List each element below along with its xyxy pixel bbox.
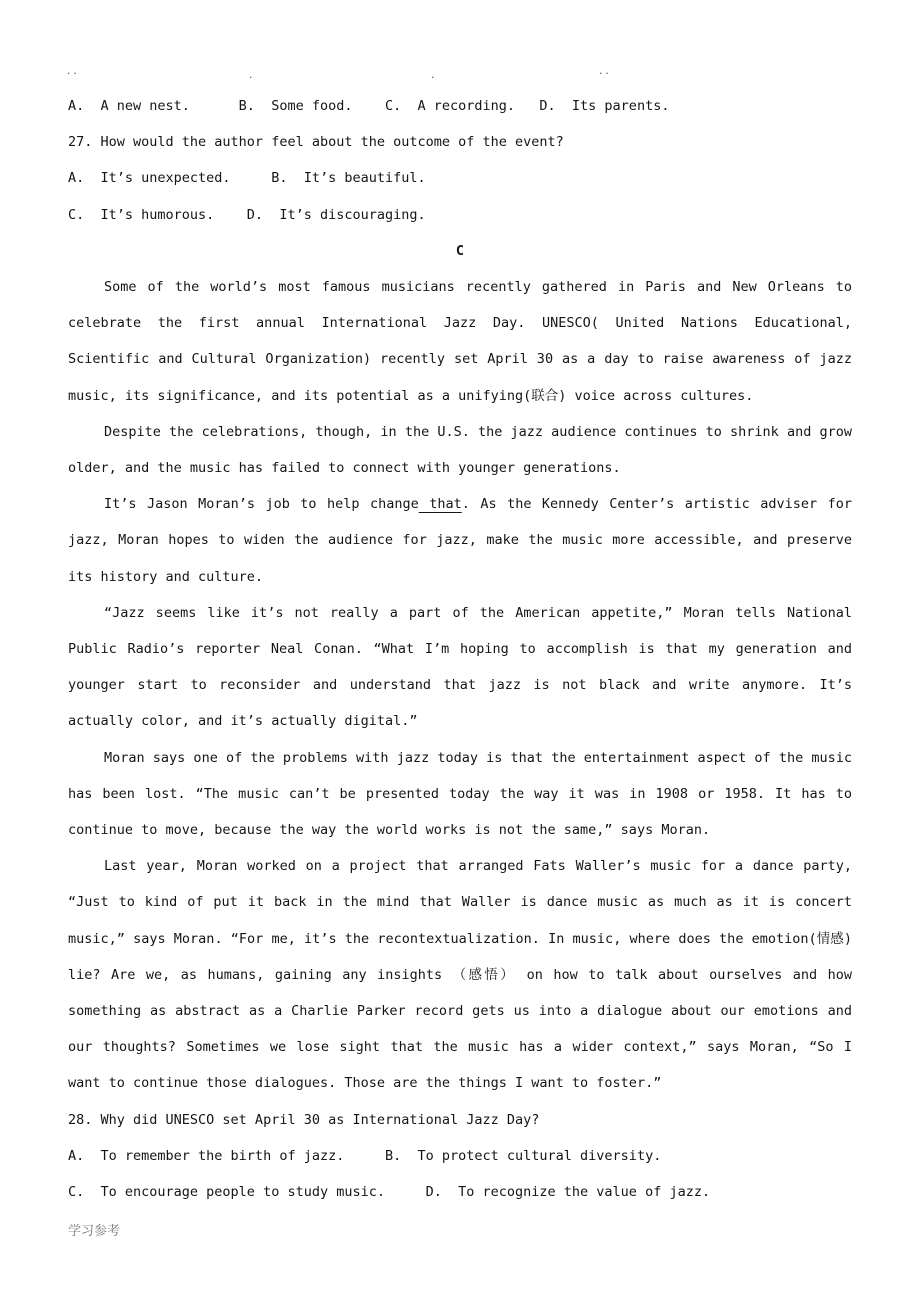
header-artifact-dot: . xyxy=(248,72,254,81)
question-26-options-line: A. A new nest. B. Some food. C. A record… xyxy=(68,88,852,124)
question-27: 27. How would the author feel about the … xyxy=(68,124,852,160)
question-28-options-cd: C. To encourage people to study music. D… xyxy=(68,1174,852,1210)
question-27-options-cd: C. It’s humorous. D. It’s discouraging. xyxy=(68,197,852,233)
passage-paragraph-3: It’s Jason Moran’s job to help change th… xyxy=(68,486,852,595)
exam-text-body: A. A new nest. B. Some food. C. A record… xyxy=(68,88,852,1210)
header-artifact-dots: .. xyxy=(66,68,79,77)
question-28: 28. Why did UNESCO set April 30 as Inter… xyxy=(68,1102,852,1138)
passage-paragraph-3-before: It’s Jason Moran’s job to help change xyxy=(104,496,419,512)
document-page: .. . . .. A. A new nest. B. Some food. C… xyxy=(0,0,920,1302)
question-28-options-ab: A. To remember the birth of jazz. B. To … xyxy=(68,1138,852,1174)
question-27-options-ab: A. It’s unexpected. B. It’s beautiful. xyxy=(68,160,852,196)
header-artifact-dot: . xyxy=(430,72,436,81)
passage-paragraph-1: Some of the world’s most famous musician… xyxy=(68,269,852,414)
passage-paragraph-4: “Jazz seems like it’s not really a part … xyxy=(68,595,852,740)
header-artifact-dots: .. xyxy=(598,68,611,77)
passage-paragraph-6: Last year, Moran worked on a project tha… xyxy=(68,848,852,1101)
passage-paragraph-2: Despite the celebrations, though, in the… xyxy=(68,414,852,486)
watermark: 学习参考 xyxy=(68,1224,120,1240)
passage-paragraph-5: Moran says one of the problems with jazz… xyxy=(68,740,852,849)
passage-section-label: C xyxy=(68,233,852,269)
underlined-word-that: that xyxy=(419,496,462,512)
